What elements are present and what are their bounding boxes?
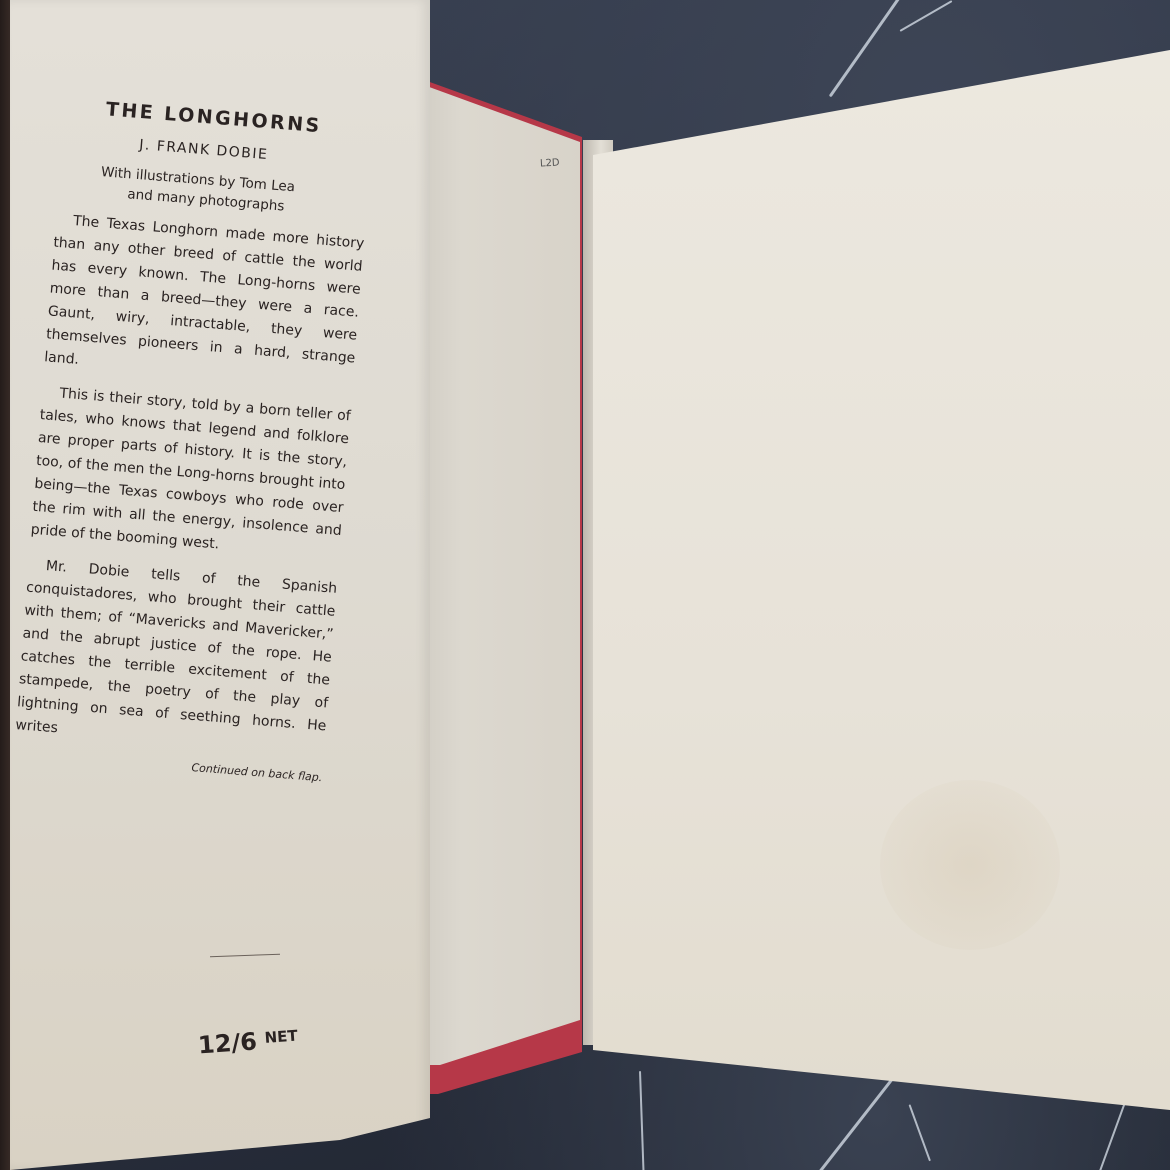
price-suffix: NET — [264, 1027, 298, 1047]
flap-text-block: THE LONGHORNS J. FRANK DOBIE With illust… — [13, 95, 374, 784]
page-stain — [880, 780, 1060, 950]
marble-vein — [900, 0, 953, 32]
marble-vein — [639, 1071, 644, 1170]
blurb-paragraph: The Texas Longhorn made more history tha… — [43, 208, 365, 393]
price-value: 12/6 — [197, 1027, 258, 1059]
marble-vein — [829, 0, 912, 97]
dust-jacket-flap: THE LONGHORNS J. FRANK DOBIE With illust… — [10, 0, 430, 1170]
divider-rule — [210, 954, 280, 957]
book-title: THE LONGHORNS — [105, 98, 374, 141]
marble-vein — [909, 1104, 931, 1161]
book-author: J. FRANK DOBIE — [139, 137, 372, 171]
blurb-paragraph: This is their story, told by a born tell… — [30, 381, 352, 566]
blank-page[interactable] — [593, 50, 1170, 1110]
blurb-paragraph: Mr. Dobie tells of the Spanish conquista… — [15, 553, 338, 761]
endpaper — [410, 80, 582, 1070]
pencil-note: L2D — [540, 157, 560, 169]
price-label: 12/6NET — [197, 1025, 299, 1060]
